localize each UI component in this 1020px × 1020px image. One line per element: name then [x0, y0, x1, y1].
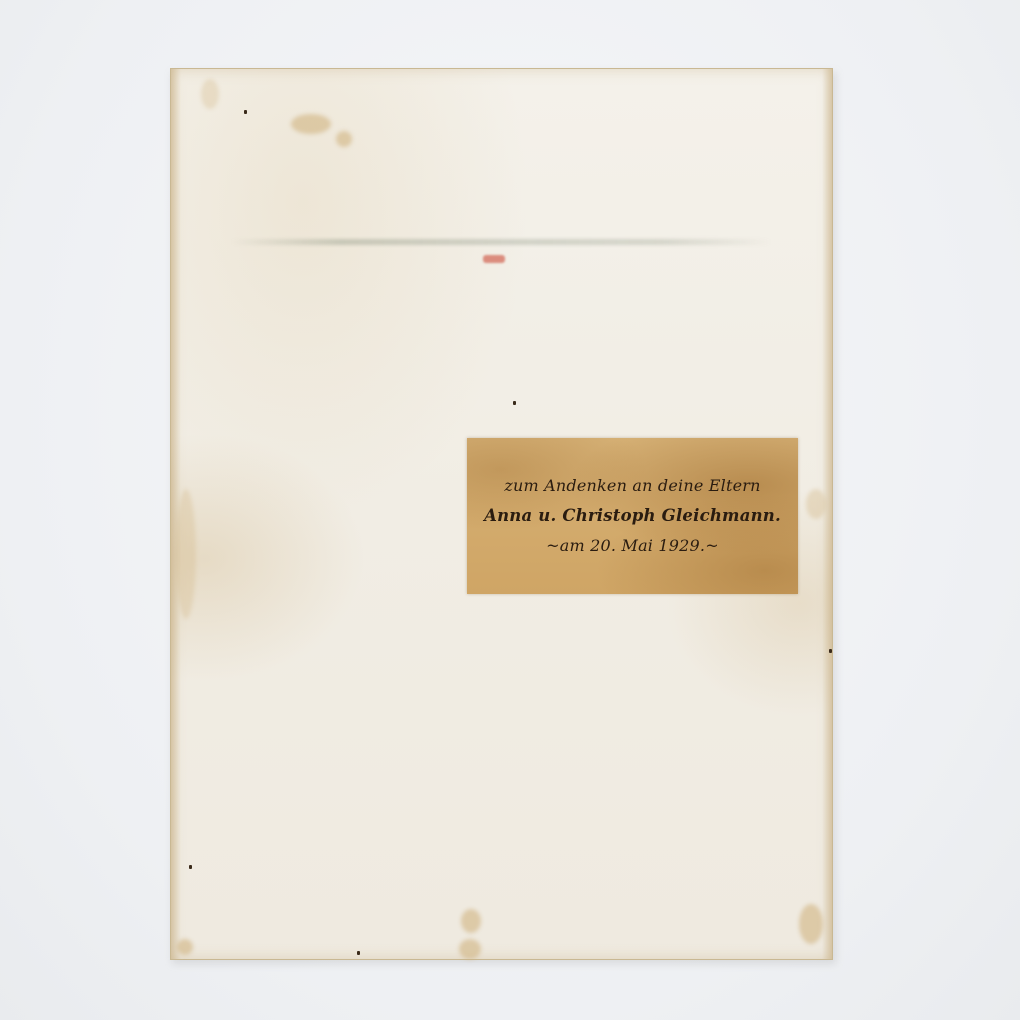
stain	[291, 114, 331, 134]
stain	[201, 79, 219, 109]
speck	[513, 401, 516, 405]
label-line-names: Anna u. Christoph Gleichmann.	[484, 507, 781, 525]
speck	[357, 951, 360, 955]
stain	[799, 904, 823, 944]
stain	[459, 939, 481, 959]
speck	[189, 865, 192, 869]
label-line-date: ~am 20. Mai 1929.~	[546, 537, 719, 555]
stain	[177, 939, 193, 955]
stain	[461, 909, 481, 933]
faint-pencil-line	[231, 239, 771, 245]
label-line-dedication: zum Andenken an deine Eltern	[504, 477, 760, 495]
speck	[829, 649, 832, 653]
card-edge-right	[822, 69, 832, 959]
speck	[244, 110, 247, 114]
handwritten-label: zum Andenken an deine Eltern Anna u. Chr…	[467, 438, 798, 594]
red-ink-mark	[483, 255, 505, 263]
stain	[806, 489, 826, 519]
stain	[176, 489, 196, 619]
stain	[336, 131, 352, 147]
